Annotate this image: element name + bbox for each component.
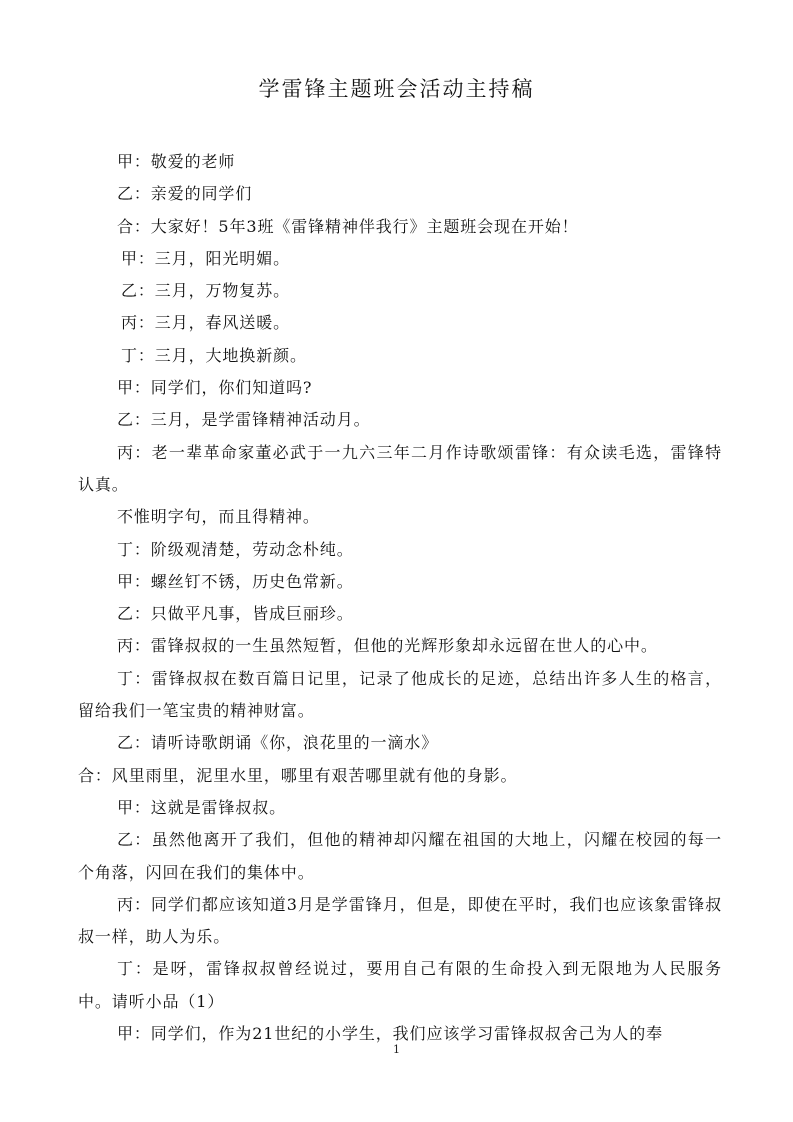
document-title: 学雷锋主题班会活动主持稿 bbox=[0, 74, 793, 104]
paragraph: 甲：这就是雷锋叔叔。 bbox=[78, 792, 722, 824]
paragraph: 甲：同学们，你们知道吗? bbox=[78, 372, 722, 404]
paragraph: 丁：雷锋叔叔在数百篇日记里，记录了他成长的足迹，总结出许多人生的格言，留给我们一… bbox=[78, 663, 722, 728]
paragraph: 合：风里雨里，泥里水里，哪里有艰苦哪里就有他的身影。 bbox=[78, 760, 722, 792]
paragraph: 乙：请听诗歌朗诵《你，浪花里的一滴水》 bbox=[78, 727, 722, 759]
paragraph: 不惟明字句，而且得精神。 bbox=[78, 501, 722, 533]
paragraph: 乙：三月，是学雷锋精神活动月。 bbox=[78, 404, 722, 436]
paragraph: 乙：只做平凡事，皆成巨丽珍。 bbox=[78, 598, 722, 630]
paragraph: 乙：虽然他离开了我们，但他的精神却闪耀在祖国的大地上，闪耀在校园的每一个角落，闪… bbox=[78, 824, 722, 889]
page-number: 1 bbox=[0, 1043, 793, 1056]
paragraph: 甲：敬爱的老师 bbox=[78, 146, 722, 178]
paragraph: 丙：三月，春风送暖。 bbox=[78, 307, 722, 339]
paragraph: 乙：三月，万物复苏。 bbox=[78, 275, 722, 307]
paragraph: 乙：亲爱的同学们 bbox=[78, 178, 722, 210]
paragraph: 丙：雷锋叔叔的一生虽然短暂，但他的光辉形象却永远留在世人的心中。 bbox=[78, 630, 722, 662]
paragraph: 合：大家好！5年3班《雷锋精神伴我行》主题班会现在开始！ bbox=[78, 211, 722, 243]
document-page: 学雷锋主题班会活动主持稿 甲：敬爱的老师 乙：亲爱的同学们 合：大家好！5年3班… bbox=[0, 0, 793, 1122]
paragraph: 甲：螺丝钉不锈，历史色常新。 bbox=[78, 566, 722, 598]
paragraph: 丁：是呀，雷锋叔叔曾经说过，要用自己有限的生命投入到无限地为人民服务中。请听小品… bbox=[78, 953, 722, 1018]
paragraph: 甲：三月，阳光明媚。 bbox=[78, 243, 722, 275]
document-body: 甲：敬爱的老师 乙：亲爱的同学们 合：大家好！5年3班《雷锋精神伴我行》主题班会… bbox=[78, 146, 722, 1050]
paragraph: 丁：阶级观清楚，劳动念朴纯。 bbox=[78, 534, 722, 566]
paragraph: 丁：三月，大地换新颜。 bbox=[78, 340, 722, 372]
paragraph: 丙：老一辈革命家董必武于一九六三年二月作诗歌颂雷锋：有众读毛选，雷锋特认真。 bbox=[78, 437, 722, 502]
paragraph: 丙：同学们都应该知道3月是学雷锋月，但是，即使在平时，我们也应该象雷锋叔叔一样，… bbox=[78, 889, 722, 954]
